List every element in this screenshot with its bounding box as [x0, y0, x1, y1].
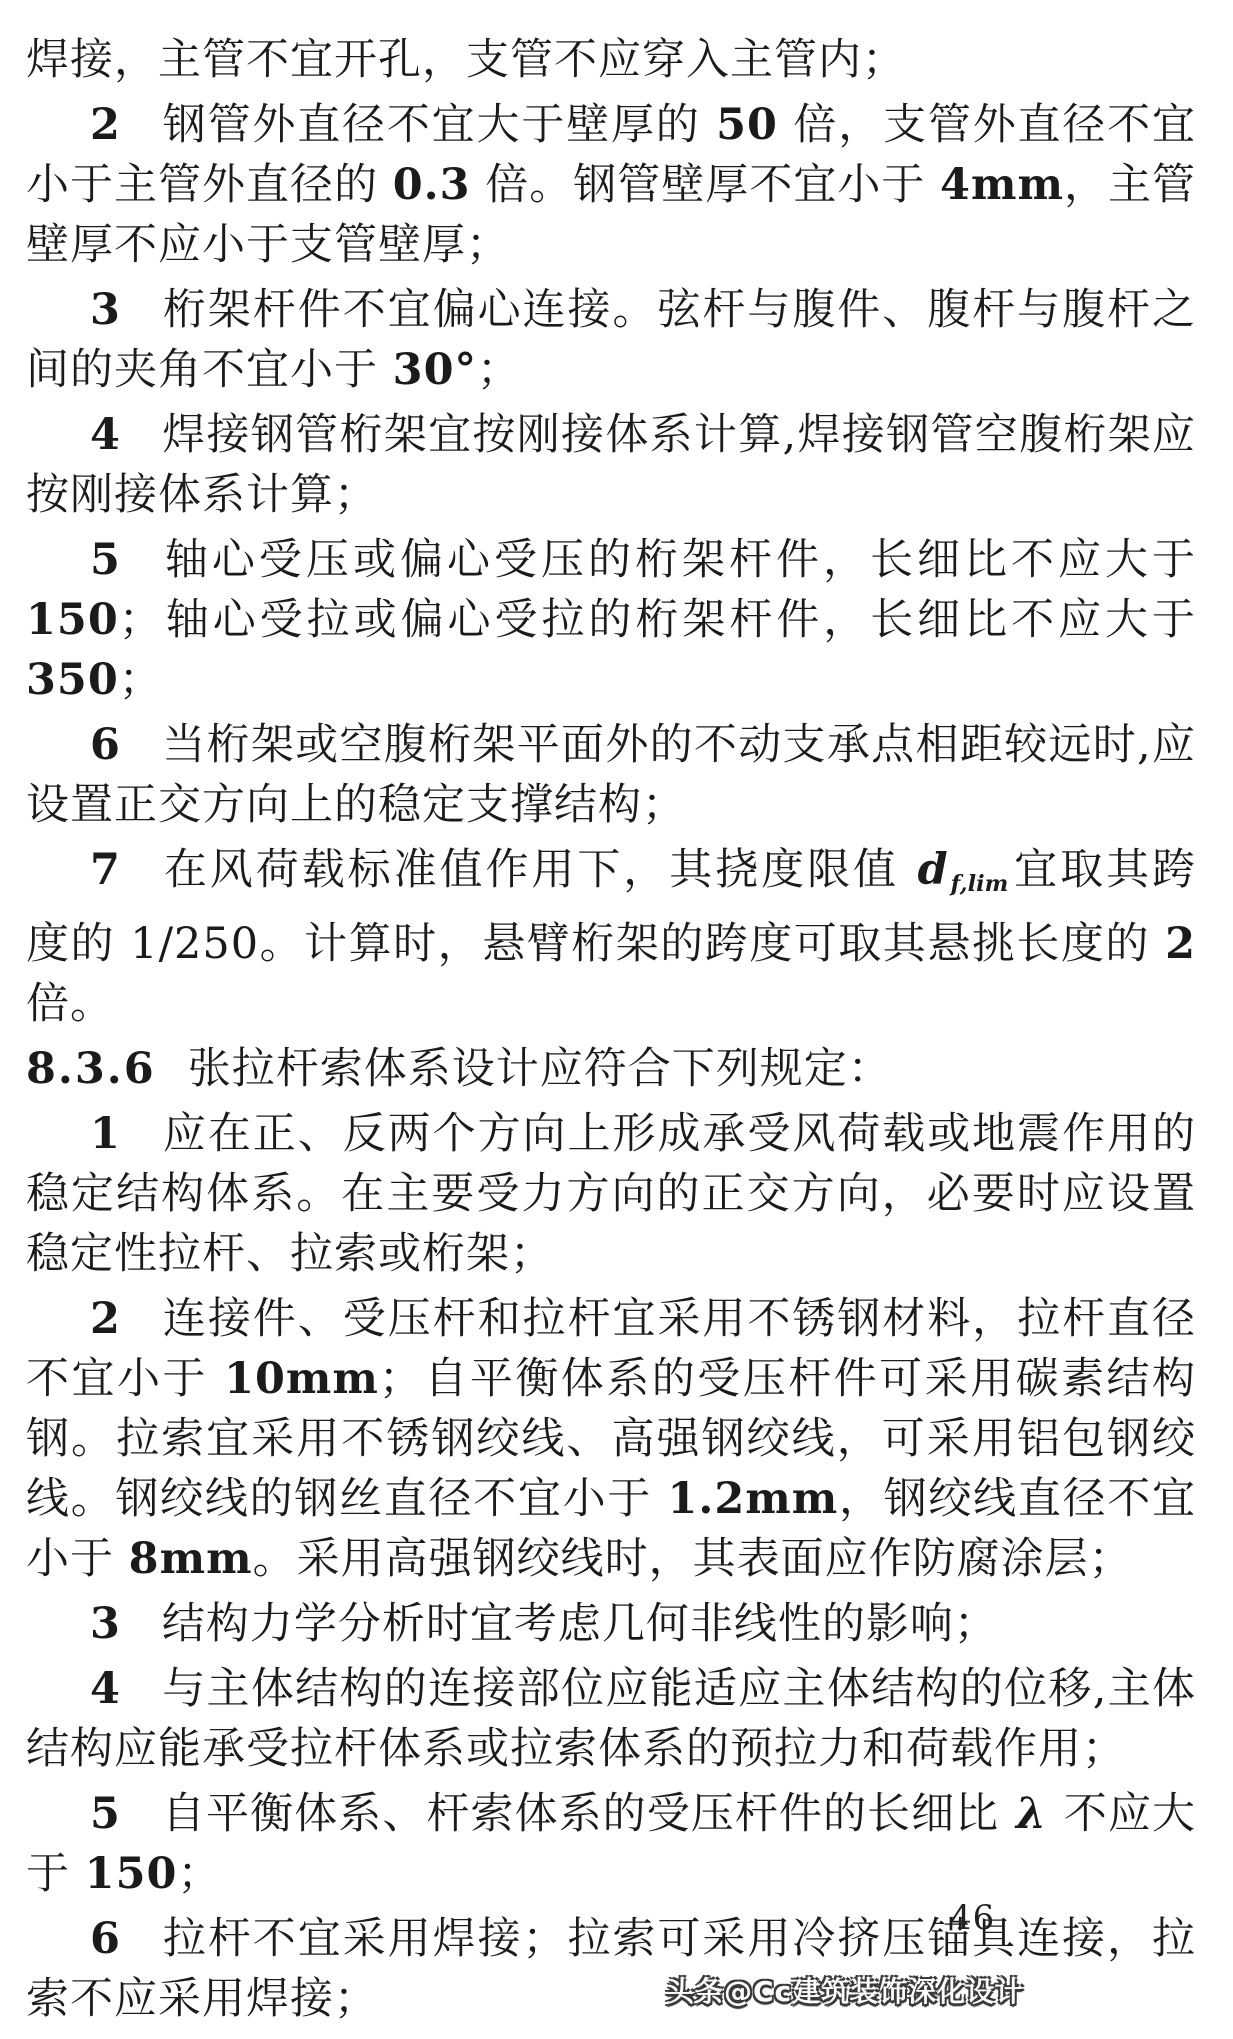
- text-run: 钢管外直径不宜大于壁厚的: [162, 100, 716, 150]
- text-run: 桁架杆件不宜偏心连接。弦杆与腹件、腹杆与腹杆之间的夹角不宜小于: [26, 285, 1196, 395]
- text-run: ；轴心受拉或偏心受拉的桁架杆件，长细比不应大于: [119, 595, 1196, 645]
- paragraph: 2钢管外直径不宜大于壁厚的 50 倍，支管外直径不宜小于主管外直径的 0.3 倍…: [26, 95, 1196, 275]
- paragraph: 7在风荷载标准值作用下，其挠度限值 df,lim宜取其跨度的 1/250。计算时…: [26, 840, 1196, 1034]
- item-number: 5: [90, 1789, 122, 1839]
- item-number: 4: [90, 1664, 122, 1714]
- text-run: 结构力学分析时宜考虑几何非线性的影响；: [162, 1599, 998, 1649]
- formula-variable: λ: [1014, 1789, 1049, 1839]
- paragraph: 5自平衡体系、杆索体系的受压杆件的长细比 λ 不应大于 150；: [26, 1784, 1196, 1904]
- item-number: 4: [90, 410, 122, 460]
- item-number: 6: [90, 720, 122, 770]
- item-number: 3: [90, 1599, 122, 1649]
- paragraph: 6当桁架或空腹桁架平面外的不动支承点相距较远时,应设置正交方向上的稳定支撑结构；: [26, 715, 1196, 835]
- text-run: 1.2mm: [667, 1474, 838, 1524]
- text-run: 应在正、反两个方向上形成承受风荷载或地震作用的稳定结构体系。在主要受力方向的正交…: [26, 1109, 1196, 1279]
- text-run: 倍。钢管壁厚不宜小于: [471, 160, 940, 210]
- text-run: ；: [477, 345, 521, 395]
- paragraph: 3结构力学分析时宜考虑几何非线性的影响；: [26, 1594, 1196, 1654]
- text-run: 2: [1165, 919, 1196, 969]
- paragraph: 6拉杆不宜采用焊接；拉索可采用冷挤压锚具连接，拉索不应采用焊接；: [26, 1909, 1196, 2029]
- item-number: 7: [90, 845, 122, 895]
- formula-subscript: f,lim: [951, 871, 1009, 897]
- text-run: 张拉杆索体系设计应符合下列规定：: [188, 1044, 892, 1094]
- text-run: 在风荷载标准值作用下，其挠度限值: [162, 845, 916, 895]
- text-run: 自平衡体系、杆索体系的受压杆件的长细比: [162, 1789, 1014, 1839]
- item-number: 3: [90, 285, 122, 335]
- paragraph: 2连接件、受压杆和拉杆宜采用不锈钢材料，拉杆直径不宜小于 10mm；自平衡体系的…: [26, 1289, 1196, 1589]
- text-run: 4mm: [940, 160, 1064, 210]
- item-number: 6: [90, 1914, 122, 1964]
- text-run: 350: [26, 655, 119, 705]
- text-run: 当桁架或空腹桁架平面外的不动支承点相距较远时,应设置正交方向上的稳定支撑结构；: [26, 720, 1196, 830]
- text-run: 150: [26, 595, 119, 645]
- text-run: 30°: [393, 345, 477, 395]
- paragraph: 3桁架杆件不宜偏心连接。弦杆与腹件、腹杆与腹杆之间的夹角不宜小于 30°；: [26, 280, 1196, 400]
- page-number: 46: [950, 1898, 995, 1938]
- text-run: ；: [177, 1849, 221, 1899]
- text-run: ；: [119, 655, 163, 705]
- document-page: 焊接，主管不宜开孔，支管不应穿入主管内；2钢管外直径不宜大于壁厚的 50 倍，支…: [0, 0, 1233, 2039]
- paragraph: 4焊接钢管桁架宜按刚接体系计算,焊接钢管空腹桁架应按刚接体系计算；: [26, 405, 1196, 525]
- item-number: 2: [90, 1294, 122, 1344]
- paragraph: 5轴心受压或偏心受压的桁架杆件，长细比不应大于 150；轴心受拉或偏心受拉的桁架…: [26, 530, 1196, 710]
- clause-paragraph: 8.3.6张拉杆索体系设计应符合下列规定：: [26, 1039, 1196, 1099]
- text-run: 轴心受压或偏心受压的桁架杆件，长细比不应大于: [162, 535, 1196, 585]
- text-run: 焊接，主管不宜开孔，支管不应穿入主管内；: [26, 35, 906, 85]
- text-run: 焊接钢管桁架宜按刚接体系计算,焊接钢管空腹桁架应按刚接体系计算；: [26, 410, 1196, 520]
- text-run: 150: [85, 1849, 178, 1899]
- clause-number: 8.3.6: [26, 1044, 156, 1094]
- document-body: 焊接，主管不宜开孔，支管不应穿入主管内；2钢管外直径不宜大于壁厚的 50 倍，支…: [26, 30, 1196, 2029]
- watermark: 头条@Cc建筑装饰深化设计: [666, 1970, 1024, 2010]
- paragraph: 4与主体结构的连接部位应能适应主体结构的位移,主体结构应能承受拉杆体系或拉索体系…: [26, 1659, 1196, 1779]
- text-run: 0.3: [393, 160, 471, 210]
- paragraph: 焊接，主管不宜开孔，支管不应穿入主管内；: [26, 30, 1196, 90]
- item-number: 2: [90, 100, 122, 150]
- paragraph: 1应在正、反两个方向上形成承受风荷载或地震作用的稳定结构体系。在主要受力方向的正…: [26, 1104, 1196, 1284]
- item-number: 1: [90, 1109, 122, 1159]
- text-run: 。采用高强钢绞线时，其表面应作防腐涂层；: [253, 1534, 1133, 1584]
- text-run: 50: [716, 100, 778, 150]
- formula-variable: d: [916, 845, 951, 895]
- text-run: 10mm: [224, 1354, 379, 1404]
- text-run: 倍。: [26, 979, 114, 1029]
- text-run: 与主体结构的连接部位应能适应主体结构的位移,主体结构应能承受拉杆体系或拉索体系的…: [26, 1664, 1196, 1774]
- item-number: 5: [90, 535, 122, 585]
- text-run: 8mm: [129, 1534, 253, 1584]
